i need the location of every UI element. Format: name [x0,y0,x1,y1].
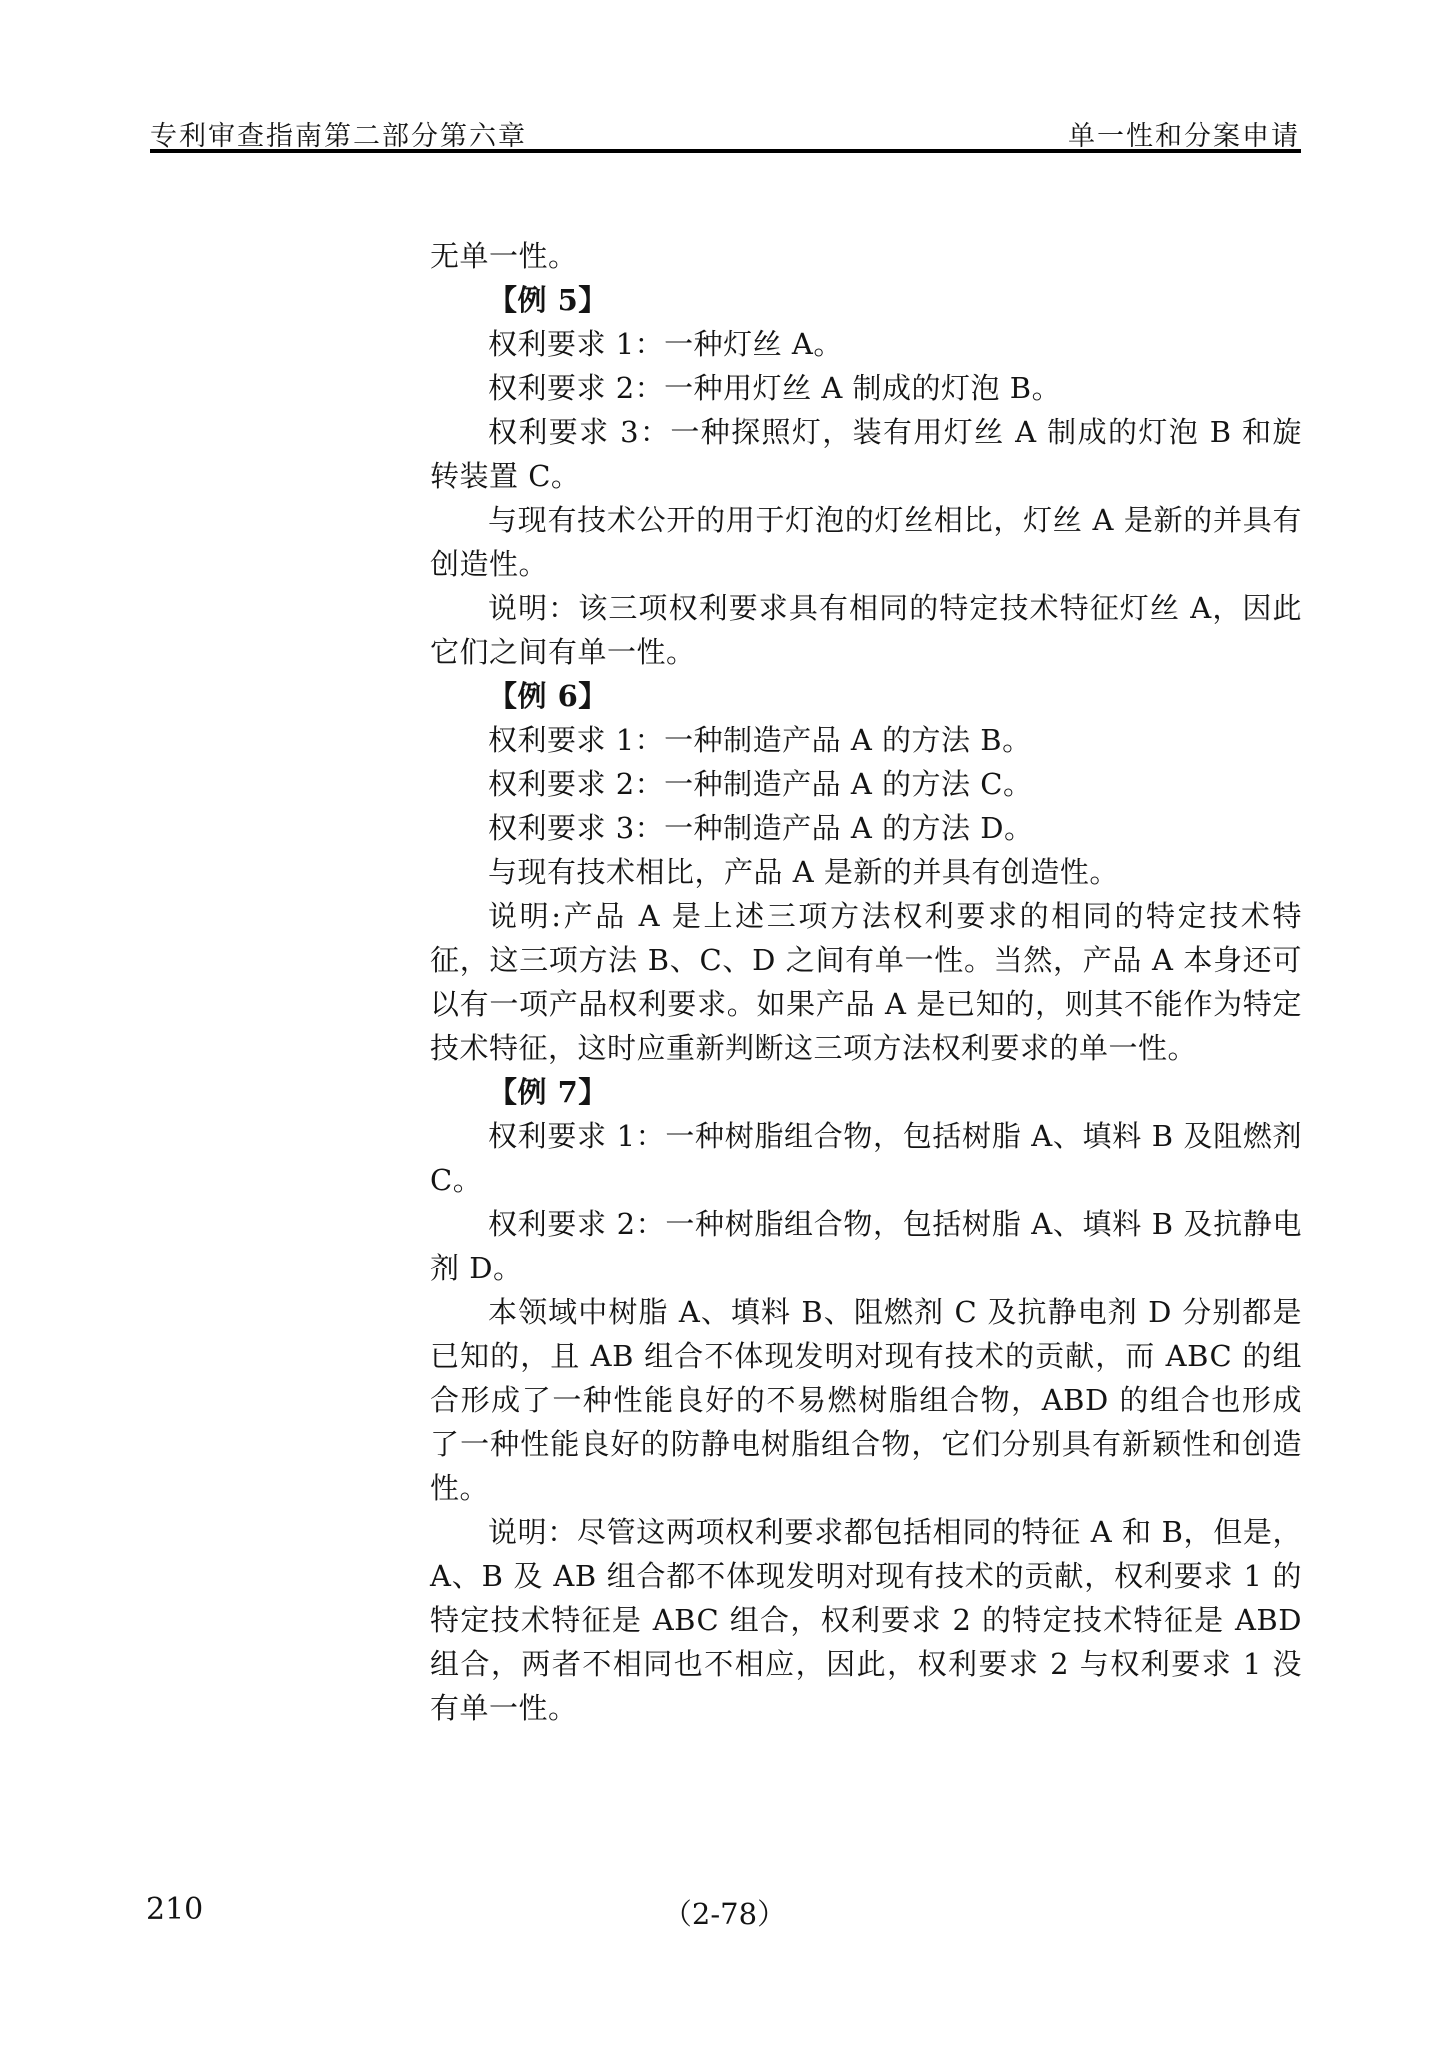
document-page: 专利审查指南第二部分第六章 单一性和分案申请 无单一性。 【例 5】 权利要求 … [0,0,1449,2048]
paragraph: 说明：该三项权利要求具有相同的特定技术特征灯丝 A，因此它们之间有单一性。 [430,586,1302,674]
paragraph: 权利要求 2：一种树脂组合物，包括树脂 A、填料 B 及抗静电剂 D。 [430,1202,1302,1290]
footer-section-page-number: （2-78） [0,1892,1449,1933]
example-6-heading: 【例 6】 [430,674,1302,718]
paragraph-continuation: 无单一性。 [430,234,1302,278]
paragraph: 与现有技术公开的用于灯泡的灯丝相比，灯丝 A 是新的并具有创造性。 [430,498,1302,586]
paragraph: 权利要求 1：一种灯丝 A。 [430,322,1302,366]
header-divider [150,149,1301,153]
paragraph: 说明:产品 A 是上述三项方法权利要求的相同的特定技术特征，这三项方法 B、C、… [430,894,1302,1070]
paragraph: 权利要求 1：一种树脂组合物，包括树脂 A、填料 B 及阻燃剂 C。 [430,1114,1302,1202]
example-5-heading: 【例 5】 [430,278,1302,322]
document-body: 无单一性。 【例 5】 权利要求 1：一种灯丝 A。 权利要求 2：一种用灯丝 … [430,234,1302,1730]
paragraph: 说明：尽管这两项权利要求都包括相同的特征 A 和 B，但是，A、B 及 AB 组… [430,1510,1302,1730]
paragraph: 权利要求 3：一种制造产品 A 的方法 D。 [430,806,1302,850]
paragraph: 权利要求 1：一种制造产品 A 的方法 B。 [430,718,1302,762]
paragraph: 本领域中树脂 A、填料 B、阻燃剂 C 及抗静电剂 D 分别都是已知的，且 AB… [430,1290,1302,1510]
example-7-heading: 【例 7】 [430,1070,1302,1114]
paragraph: 与现有技术相比，产品 A 是新的并具有创造性。 [430,850,1302,894]
paragraph: 权利要求 2：一种用灯丝 A 制成的灯泡 B。 [430,366,1302,410]
paragraph: 权利要求 2：一种制造产品 A 的方法 C。 [430,762,1302,806]
header-running-title: 专利审查指南第二部分第六章 [150,114,527,153]
header-section-title: 单一性和分案申请 [1068,114,1300,153]
paragraph: 权利要求 3：一种探照灯，装有用灯丝 A 制成的灯泡 B 和旋转装置 C。 [430,410,1302,498]
